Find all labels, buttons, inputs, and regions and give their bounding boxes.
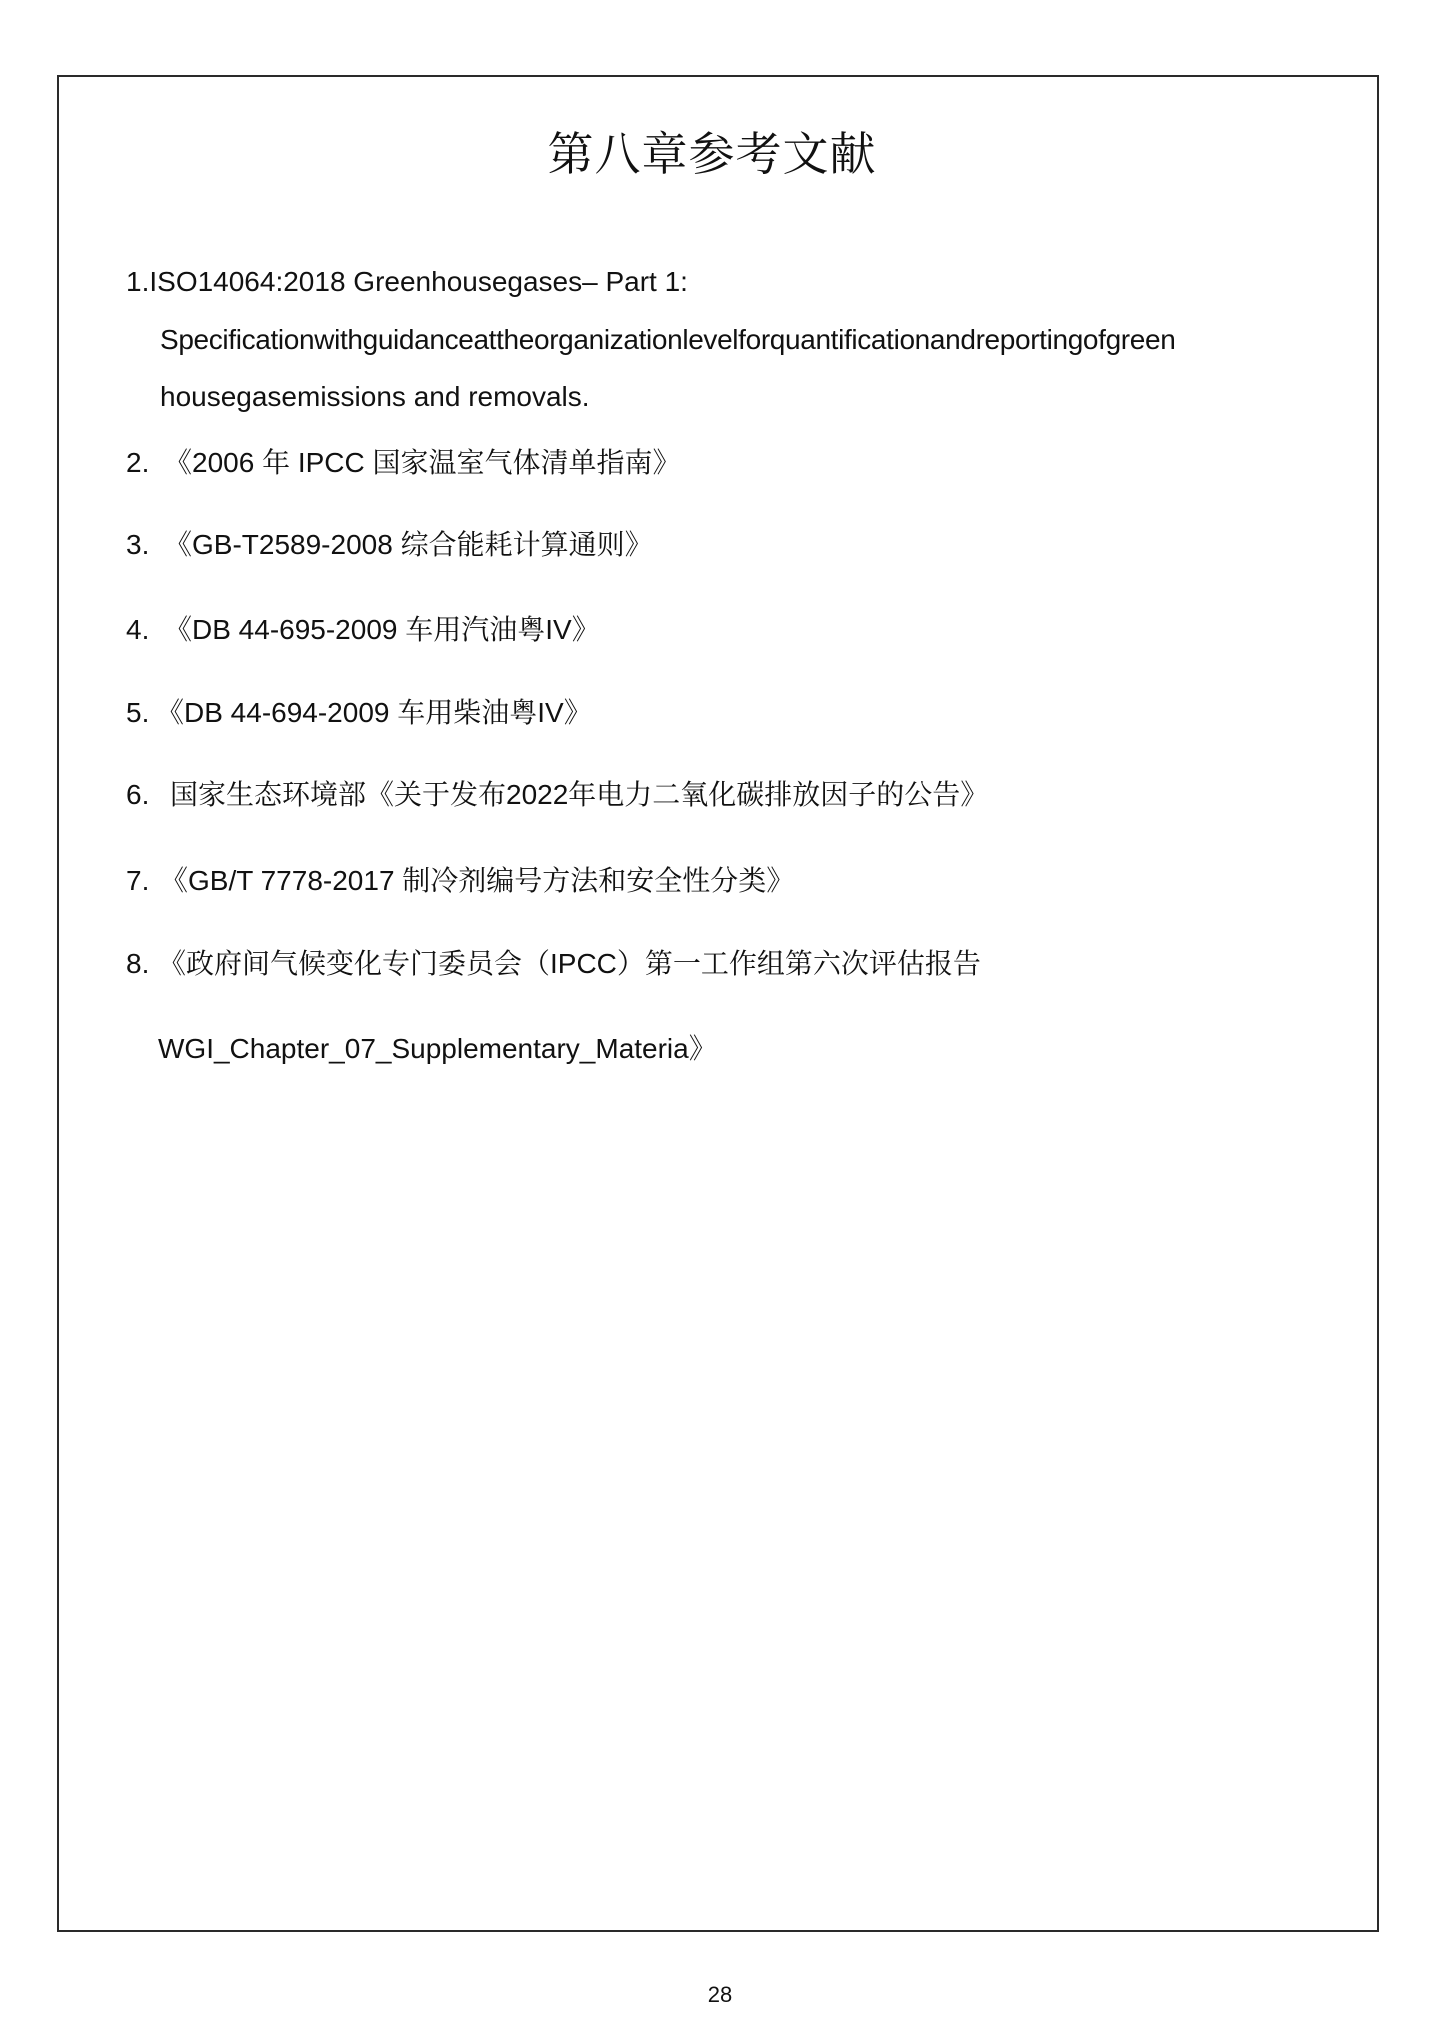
reference-number: 6. (126, 775, 170, 815)
reference-number: 7. (126, 861, 160, 901)
reference-text: 国家生态环境部《关于发布2022年电力二氧化碳排放因子的公告》 (170, 779, 988, 810)
reference-item-6: 6.国家生态环境部《关于发布2022年电力二氧化碳排放因子的公告》 (126, 775, 988, 815)
reference-number: 5. (126, 693, 156, 733)
reference-item-1-line-3: housegasemissions and removals. (160, 377, 590, 417)
reference-text: 《GB/T 7778-2017 制冷剂编号方法和安全性分类》 (160, 865, 794, 896)
chapter-title: 第八章参考文献 (0, 126, 1424, 182)
reference-item-8: 8.《政府间气候变化专门委员会（IPCC）第一工作组第六次评估报告 (126, 944, 981, 984)
reference-number: 2. (126, 443, 164, 483)
reference-item-2: 2.《2006 年 IPCC 国家温室气体清单指南》 (126, 443, 681, 483)
page-number: 28 (0, 1980, 1440, 2010)
reference-number: 4. (126, 610, 164, 650)
reference-number: 8. (126, 944, 158, 984)
reference-item-7: 7.《GB/T 7778-2017 制冷剂编号方法和安全性分类》 (126, 861, 794, 901)
reference-item-1-line-2: Specificationwithguidanceattheorganizati… (160, 320, 1175, 360)
reference-text: ISO14064:2018 Greenhousegases– Part 1: (149, 266, 688, 297)
reference-text: 《DB 44-694-2009 车用柴油粤IV》 (156, 697, 592, 728)
reference-text: 《DB 44-695-2009 车用汽油粤IV》 (164, 614, 600, 645)
reference-item-1: 1.ISO14064:2018 Greenhousegases– Part 1: (126, 262, 688, 302)
reference-item-5: 5.《DB 44-694-2009 车用柴油粤IV》 (126, 693, 592, 733)
reference-text: 《GB-T2589-2008 综合能耗计算通则》 (164, 529, 653, 560)
reference-text: 《政府间气候变化专门委员会（IPCC）第一工作组第六次评估报告 (158, 948, 981, 979)
reference-item-3: 3.《GB-T2589-2008 综合能耗计算通则》 (126, 525, 653, 565)
reference-item-4: 4.《DB 44-695-2009 车用汽油粤IV》 (126, 610, 600, 650)
reference-item-8-line-2: WGI_Chapter_07_Supplementary_Materia》 (158, 1029, 717, 1069)
reference-text: 《2006 年 IPCC 国家温室气体清单指南》 (164, 447, 681, 478)
reference-number: 3. (126, 525, 164, 565)
reference-number: 1. (126, 262, 149, 302)
